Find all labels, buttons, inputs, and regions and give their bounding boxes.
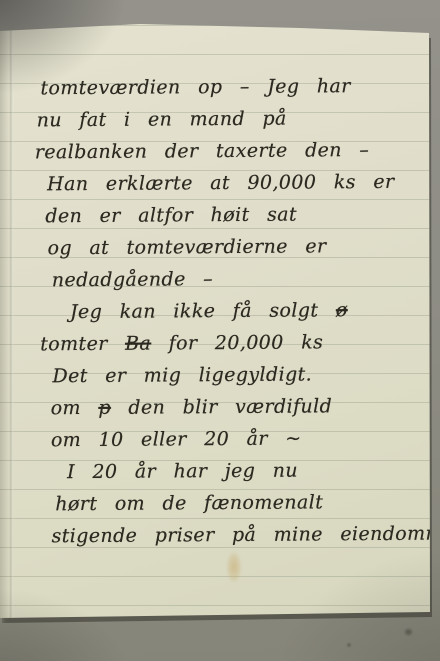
letter-paper: tomteværdien op – Jeg harnu fat i en man… (0, 0, 440, 661)
background-speck (347, 643, 351, 647)
handwriting-text: for 20,000 ks (151, 331, 323, 354)
handwritten-line: og at tomteværdierne er (47, 230, 423, 265)
handwritten-line: hørt om de fænomenalt (55, 486, 425, 521)
handwriting-text: I 20 år har jeg nu (67, 460, 298, 484)
background-spot (405, 629, 412, 635)
handwriting-text: Jeg kan ikke få solgt (70, 299, 336, 323)
handwritten-line: stigende priser på mine eiendomme (51, 518, 425, 553)
handwriting-text: Det er mig ligegyldigt. (52, 363, 312, 387)
handwritten-line: nu fat i en mand på (37, 102, 423, 137)
letter-photograph: tomteværdien op – Jeg harnu fat i en man… (0, 0, 440, 661)
handwriting-text: om 10 eller 20 år ~ (51, 428, 302, 452)
handwriting-text: nedadgående – (52, 268, 213, 291)
struck-out-word: ø (336, 299, 348, 321)
handwriting: tomteværdien op – Jeg harnu fat i en man… (34, 70, 425, 553)
handwriting-text: tomter (40, 333, 125, 356)
handwritten-line: om p den blir værdifuld (51, 390, 425, 425)
handwritten-line: tomter Ba for 20,000 ks (40, 326, 424, 361)
handwriting-text: hørt om de fænomenalt (55, 491, 323, 515)
struck-out-word: Ba (125, 333, 151, 355)
handwriting-text: nu fat i en mand på (37, 108, 287, 132)
paper-stain (224, 546, 244, 588)
struck-out-word: p (98, 397, 111, 419)
handwritten-line: I 20 år har jeg nu (67, 454, 425, 488)
handwriting-text: om (51, 397, 99, 419)
handwritten-line: Jeg kan ikke få solgt ø (70, 294, 424, 328)
handwriting-text: og at tomteværdierne er (47, 235, 326, 259)
handwriting-text: stigende priser på mine eiendomme (51, 522, 440, 547)
handwriting-text: Han erklærte at 90,000 ks er (47, 171, 394, 195)
handwritten-line: den er altfor høit sat (45, 198, 423, 233)
handwriting-text: realbanken der taxerte den – (35, 139, 369, 163)
handwritten-line: Det er mig ligegyldigt. (52, 358, 424, 393)
fold-crease (10, 24, 13, 619)
handwriting-text: den blir værdifuld (111, 395, 332, 419)
handwritten-line: nedadgående – (52, 262, 424, 297)
handwritten-line: Han erklærte at 90,000 ks er (47, 166, 423, 201)
handwritten-line: realbanken der taxerte den – (35, 134, 423, 169)
handwriting-text: tomteværdien op – Jeg har (40, 75, 350, 99)
handwriting-text: den er altfor høit sat (45, 204, 297, 228)
handwritten-line: om 10 eller 20 år ~ (51, 422, 425, 457)
handwritten-line: tomteværdien op – Jeg har (40, 70, 422, 105)
